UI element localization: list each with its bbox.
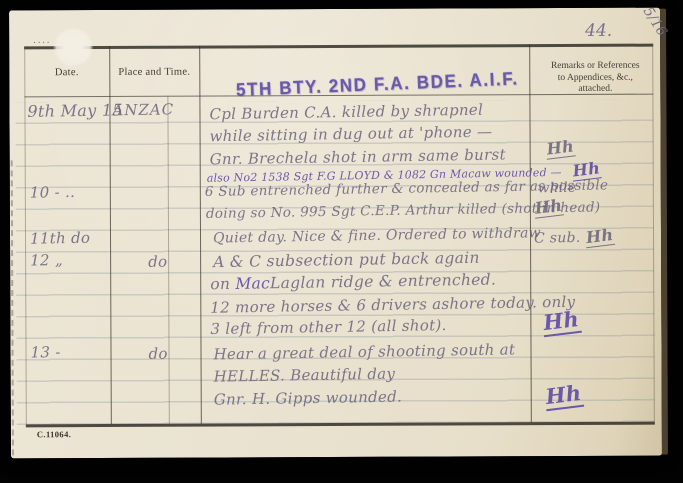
remark-note: C sub. Hh (534, 226, 615, 247)
table-top-rule (24, 44, 653, 49)
scanned-war-diary-page: 44. 5/16 ···· Date. Place and Time. Rema… (0, 0, 683, 483)
table-right-rule (652, 44, 655, 422)
remark-text: C sub. (534, 230, 581, 247)
entry-place: ANZAC (112, 100, 174, 119)
line-pencil-part: Laglan ridge & entrenched. (270, 271, 496, 293)
form-number: C.11064. (37, 429, 71, 439)
column-header-remarks: Remarks or References to Appendices, &c.… (531, 61, 659, 96)
entry-date: 12 „ (30, 251, 63, 270)
entry-date: 10 - .. (30, 183, 76, 202)
diary-line: Gnr. H. Gipps wounded. (214, 388, 403, 409)
page-fraction: 5/16 (640, 4, 670, 39)
remark-initials: Hh (584, 225, 616, 248)
column-header-place-time: Place and Time. (109, 67, 199, 78)
unit-stamp: 5th Bty. 2nd F.A. Bde. A.I.F. (212, 67, 543, 102)
remark-initials: Hh (534, 197, 564, 217)
paper-stain (53, 28, 93, 66)
entry-date: 11th do (30, 229, 91, 248)
line-pencil-part: on (210, 275, 235, 293)
torn-binding-edge (11, 160, 14, 455)
diary-line: HELLES. Beautiful day (213, 365, 395, 386)
remark-initials: Hh (545, 138, 575, 158)
paper-sheet: 44. 5/16 ···· Date. Place and Time. Rema… (9, 8, 662, 459)
remark-initials: Hh (542, 308, 580, 336)
page-number: 44. (585, 21, 612, 41)
entry-date: 9th May 15 (27, 100, 123, 121)
remarks-header-line2: to Appendices, &c., (531, 72, 659, 84)
remarks-header-line1: Remarks or References (531, 61, 659, 73)
entry-place-ditto: do (148, 345, 168, 363)
entry-date: 13 - (30, 343, 60, 361)
column-header-date: Date. (24, 67, 109, 78)
remark-initials: Hh (544, 382, 582, 410)
remarks-header-line3: attached. (531, 84, 659, 96)
line-ink-part: Mac (235, 274, 270, 293)
remark-spillover: while (538, 180, 577, 197)
entry-place-ditto: do (148, 253, 168, 271)
